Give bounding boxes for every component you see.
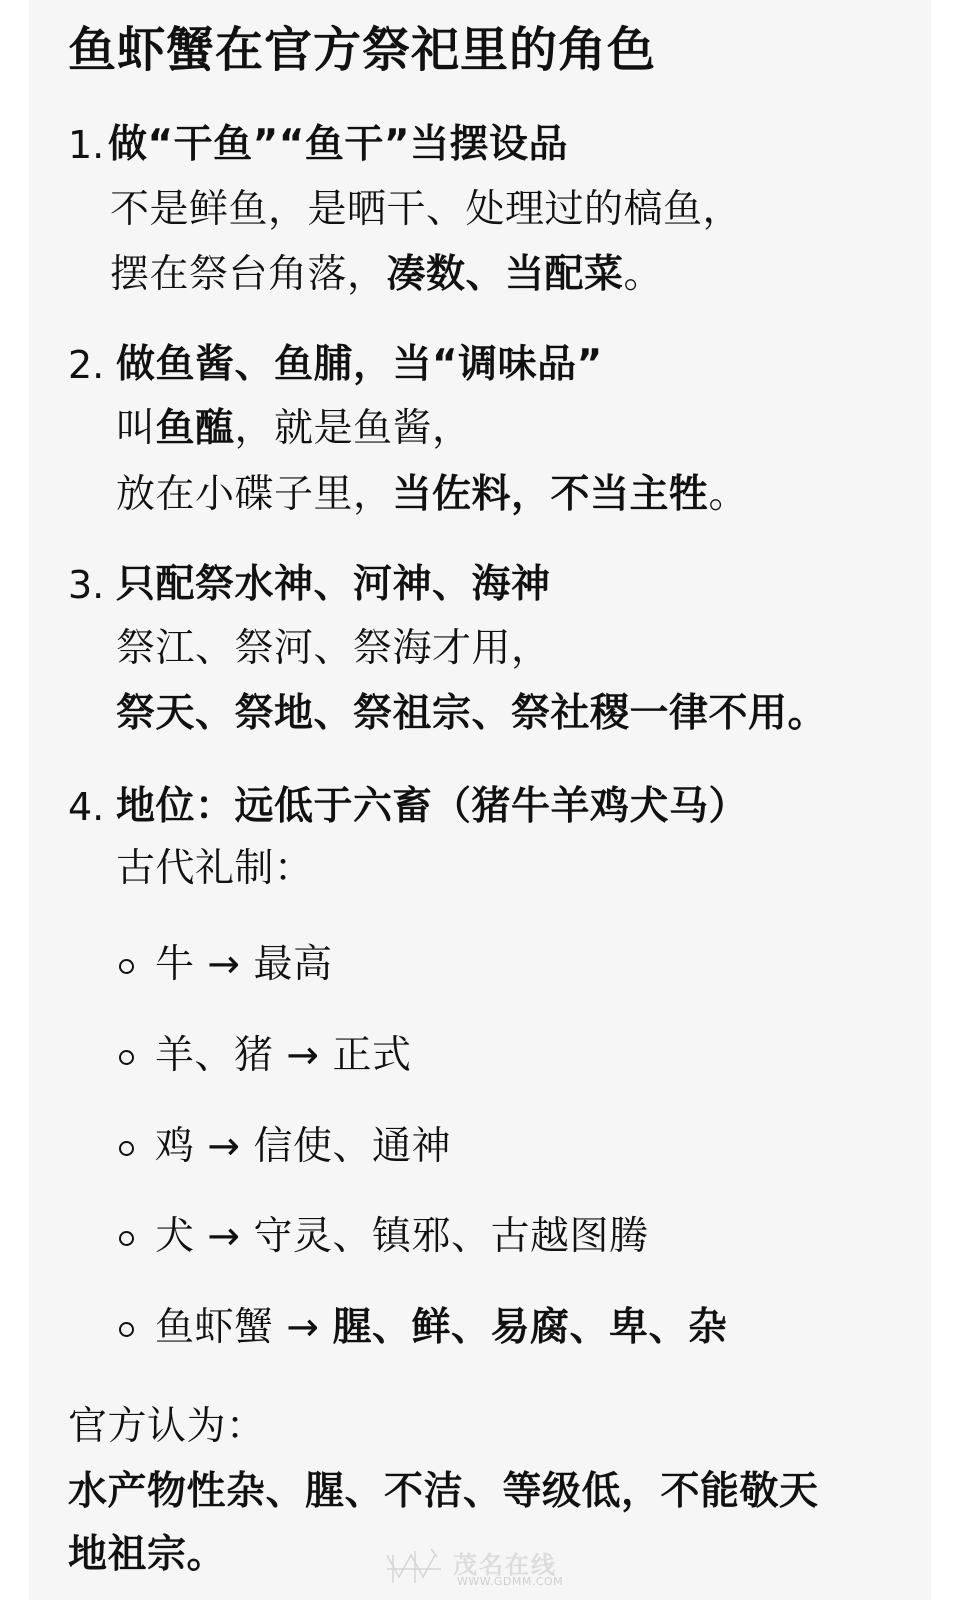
section-number: 1. (68, 122, 104, 168)
text: 鱼虾蟹 → (155, 1305, 332, 1350)
section-number: 2. (68, 342, 104, 388)
bold-text: 鱼醢 (156, 406, 235, 451)
text: 摆在祭台角落， (110, 252, 387, 297)
text: 犬 → 守灵、镇邪、古越图腾 (155, 1214, 648, 1259)
text: ，就是鱼酱， (235, 406, 472, 451)
bold-text: 祭天、祭地、祭祖宗、祭社稷一律不用。 (116, 691, 827, 736)
bold-text: 凑数、当配菜 (387, 252, 624, 297)
section-line: 叫鱼醢，就是鱼酱， (116, 406, 472, 452)
section-heading: 只配祭水神、河神、海神 (116, 562, 551, 608)
hollow-bullet-icon (119, 1050, 134, 1065)
bold-text: 当佐料，不当主牲 (393, 472, 709, 517)
text: 祭江、祭河、祭海才用， (116, 626, 551, 671)
conclusion-line: 水产物性杂、腥、不洁、等级低，不能敬天 (68, 1469, 819, 1515)
text: 。 (709, 472, 749, 517)
section-heading: 做“干鱼”“鱼干”当摆设品 (108, 122, 568, 168)
conclusion-line: 地祖宗。 (68, 1532, 226, 1578)
hollow-bullet-icon (119, 959, 134, 974)
section-line: 古代礼制： (116, 846, 314, 892)
watermark-url: WWW.GDMM.COM (457, 1575, 563, 1588)
section-heading: 做鱼酱、鱼脯，当“调味品” (116, 342, 603, 388)
section-line: 祭天、祭地、祭祖宗、祭社稷一律不用。 (116, 691, 827, 737)
list-item-text: 鸡 → 信使、通神 (155, 1124, 451, 1170)
text: 鸡 → 信使、通神 (155, 1124, 451, 1169)
text: 叫 (116, 406, 156, 451)
conclusion-intro: 官方认为： (68, 1404, 266, 1450)
hollow-bullet-icon (119, 1322, 134, 1337)
text: 古代礼制： (116, 846, 314, 891)
text: 放在小碟子里， (116, 472, 393, 517)
section-line: 放在小碟子里，当佐料，不当主牲。 (116, 472, 748, 518)
section-number: 3. (68, 562, 104, 608)
watermark-logo-icon (385, 1547, 445, 1585)
text: 不是鲜鱼，是晒干、处理过的槁鱼， (110, 187, 742, 232)
watermark: 茂名在线 WWW.GDMM.COM (385, 1545, 575, 1590)
list-item-text: 牛 → 最高 (155, 942, 332, 988)
text: 牛 → 最高 (155, 942, 332, 987)
list-item-text: 犬 → 守灵、镇邪、古越图腾 (155, 1214, 648, 1260)
section-line: 不是鲜鱼，是晒干、处理过的槁鱼， (110, 187, 742, 233)
text: 。 (624, 252, 664, 297)
bold-text: 腥、鲜、易腐、卑、杂 (332, 1305, 727, 1350)
hollow-bullet-icon (119, 1141, 134, 1156)
page-title: 鱼虾蟹在官方祭祀里的角色 (68, 22, 656, 78)
section-line: 摆在祭台角落，凑数、当配菜。 (110, 252, 663, 298)
section-number: 4. (68, 784, 104, 830)
text: 羊、猪 → 正式 (155, 1033, 411, 1078)
list-item-text: 鱼虾蟹 → 腥、鲜、易腐、卑、杂 (155, 1305, 728, 1351)
section-line: 祭江、祭河、祭海才用， (116, 626, 551, 672)
hollow-bullet-icon (119, 1231, 134, 1246)
section-heading: 地位：远低于六畜（猪牛羊鸡犬马） (116, 784, 748, 830)
list-item-text: 羊、猪 → 正式 (155, 1033, 411, 1079)
